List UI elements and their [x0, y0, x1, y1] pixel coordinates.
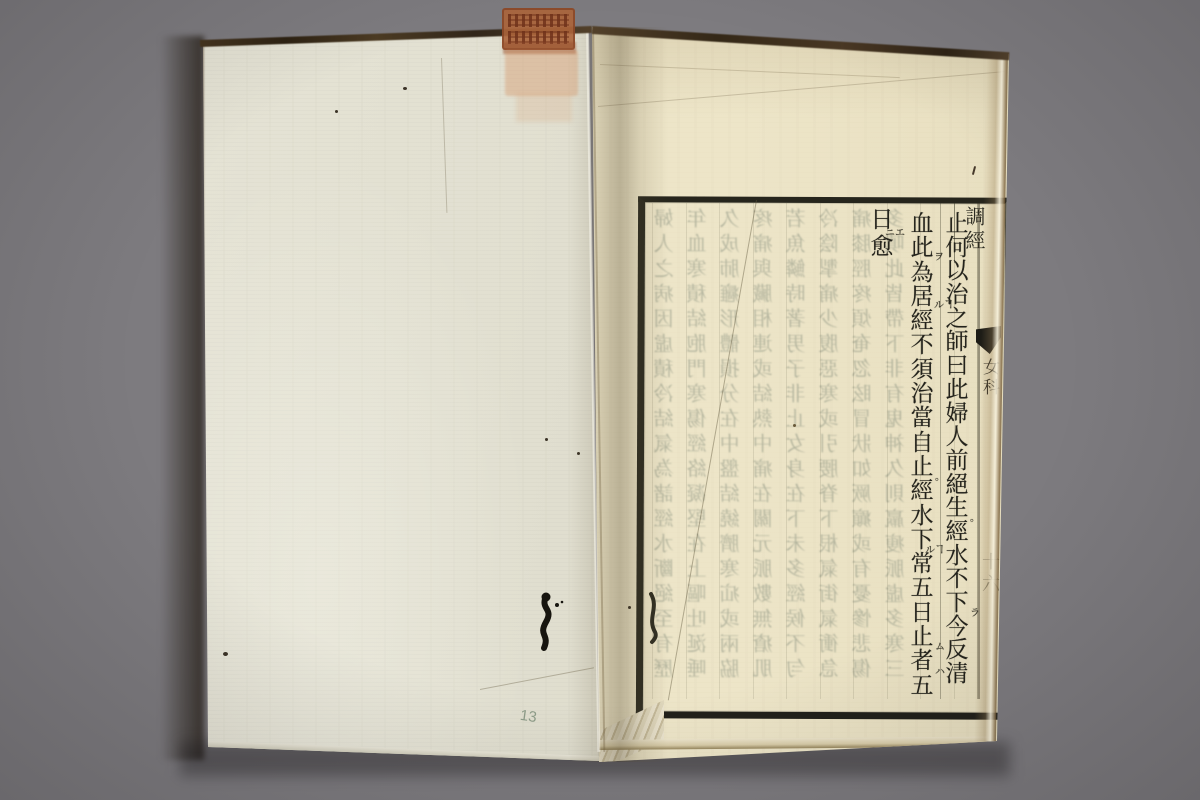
- printed-character: 五: [906, 674, 938, 698]
- pencil-annotation: 13: [519, 707, 538, 726]
- ink-speck: [403, 87, 407, 90]
- printed-character: 愈: [866, 235, 898, 262]
- printed-character: 下ラ: [941, 591, 973, 615]
- printed-character: 今: [941, 615, 973, 639]
- ink-blot: [530, 590, 566, 654]
- text-column: 止何ヲ以治ルヿ之師曰此婦人前絕生。經水不下ラ今反清: [941, 212, 973, 686]
- printed-character: 日: [906, 601, 938, 625]
- printed-character: 經: [941, 520, 973, 544]
- printed-character: 止: [941, 212, 973, 236]
- printed-character: 止ム: [906, 625, 938, 649]
- printed-character: 師: [941, 330, 973, 354]
- printed-character: 何ヲ: [941, 236, 973, 260]
- printed-character: 水: [941, 544, 973, 568]
- printed-character: 反: [941, 638, 973, 662]
- text-column: 日ニエ愈: [866, 208, 898, 262]
- ink-speck: [223, 652, 228, 656]
- printed-character: 血: [906, 212, 938, 236]
- book-spine-shadow: [160, 36, 204, 760]
- printed-character: 五: [906, 576, 938, 600]
- ink-speck: [335, 110, 338, 113]
- printed-character: 此: [906, 236, 938, 260]
- printed-character: 下ルヿ: [906, 528, 938, 552]
- printed-character: 當: [906, 406, 938, 430]
- printed-character: 者ハ: [906, 649, 938, 673]
- printed-character: 止。: [906, 455, 938, 479]
- printed-character: 經: [906, 309, 938, 333]
- printed-character: 絕: [941, 473, 973, 497]
- ink-speck: [545, 438, 548, 441]
- printed-character: 清: [941, 662, 973, 686]
- printed-character: 曰: [941, 354, 973, 378]
- printed-character: 不: [941, 567, 973, 591]
- printed-character: 之: [941, 307, 973, 331]
- printed-character: 治: [906, 382, 938, 406]
- printed-character: 以: [941, 259, 973, 283]
- seal-script-glyphs: [508, 14, 569, 27]
- red-seal-fade: [516, 94, 572, 122]
- ink-speck: [793, 424, 796, 427]
- printed-character: 治ルヿ: [941, 283, 973, 307]
- photo-of-open-book: 13 婦人之病因虛積冷結氣為諸經水斷絕至有歷年血寒積結胞門寒傷經絡凝堅在上嘔吐涎…: [0, 0, 1200, 800]
- red-seal-on-page: [505, 50, 578, 96]
- printed-character: 為: [906, 261, 938, 285]
- printed-character: 自: [906, 431, 938, 455]
- printed-character: 須: [906, 358, 938, 382]
- printed-character: 生。: [941, 496, 973, 520]
- printed-character: 居: [906, 285, 938, 309]
- printed-character: 水: [906, 504, 938, 528]
- text-column: 血此為居經不須治當自止。經水下ルヿ常五日止ム者ハ五: [906, 212, 938, 698]
- printed-character: 常: [906, 552, 938, 576]
- printed-character: 不: [906, 333, 938, 357]
- printed-character: 人: [941, 425, 973, 449]
- printed-character: 此: [941, 378, 973, 402]
- printed-character: 前: [941, 449, 973, 473]
- printed-character: 日ニエ: [866, 208, 898, 235]
- gutter-shadow: [568, 27, 668, 762]
- printed-character: 經: [906, 479, 938, 503]
- printed-character: 婦: [941, 402, 973, 426]
